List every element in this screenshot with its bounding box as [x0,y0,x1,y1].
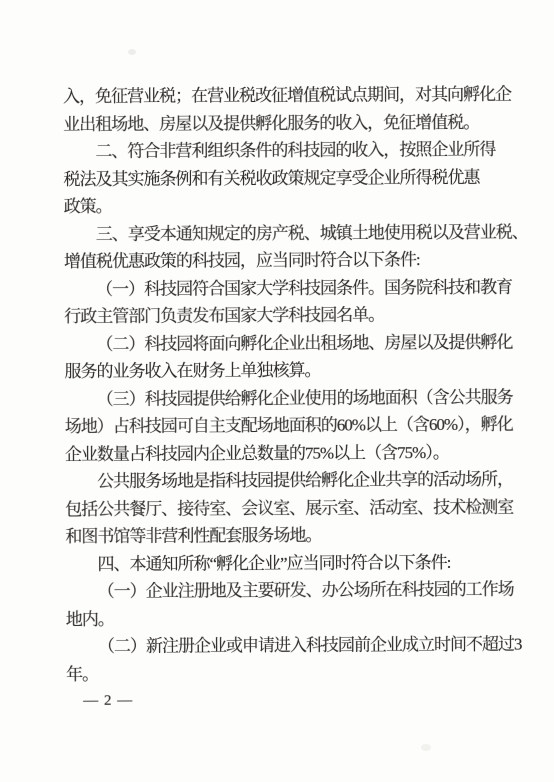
text-line: （一）科技园符合国家大学科技园条件。国务院科技和教育 [64,273,524,303]
text-line: 政策。 [64,191,524,221]
text-line: 场地）占科技园可自主支配场地面积的60%以上（含60%），孵化 [65,411,525,441]
text-line: 税法及其实施条例和有关税收政策规定享受企业所得税优惠 [63,163,523,193]
text-line: 入，免征营业税；在营业税改征增值税试点期间，对其向孵化企 [63,81,523,111]
text-line: （二）新注册企业或申请进入科技园前企业成立时间不超过3 [66,631,526,661]
text-line: 增值税优惠政策的科技园，应当同时符合以下条件: [64,246,524,276]
text-line: 地内。 [66,603,526,633]
text-line: 三、享受本通知规定的房产税、城镇土地使用税以及营业税、 [64,218,524,248]
text-line: 公共服务场地是指科技园提供给孵化企业共享的活动场所， [65,466,525,496]
text-line: 年。 [66,658,526,688]
text-line: 行政主管部门负责发布国家大学科技园名单。 [64,301,524,331]
document-body: 入，免征营业税；在营业税改征增值税试点期间，对其向孵化企业出租场地、房屋以及提供… [63,81,526,716]
text-line: （三）科技园提供给孵化企业使用的场地面积（含公共服务 [65,383,525,413]
text-line: 包括公共餐厅、接待室、会议室、展示室、活动室、技术检测室 [65,493,525,523]
text-line: 四、本通知所称“孵化企业”应当同时符合以下条件: [65,548,525,578]
text-line: 业出租场地、房屋以及提供孵化服务的收入，免征增值税。 [63,108,523,138]
text-line: 二、符合非营利组织条件的科技园的收入，按照企业所得 [63,136,523,166]
text-line: 和图书馆等非营利性配套服务场地。 [65,521,525,551]
scanned-document-page: 入，免征营业税；在营业税改征增值税试点期间，对其向孵化企业出租场地、房屋以及提供… [0,0,554,782]
page-number: — 2 — [66,686,526,716]
text-line: （一）企业注册地及主要研发、办公场所在科技园的工作场 [66,576,526,606]
text-line: （二）科技园将面向孵化企业出租场地、房屋以及提供孵化 [64,328,524,358]
text-line: 企业数量占科技园内企业总数量的75%以上（含75%）。 [65,438,525,468]
text-line: 服务的业务收入在财务上单独核算。 [64,356,524,386]
